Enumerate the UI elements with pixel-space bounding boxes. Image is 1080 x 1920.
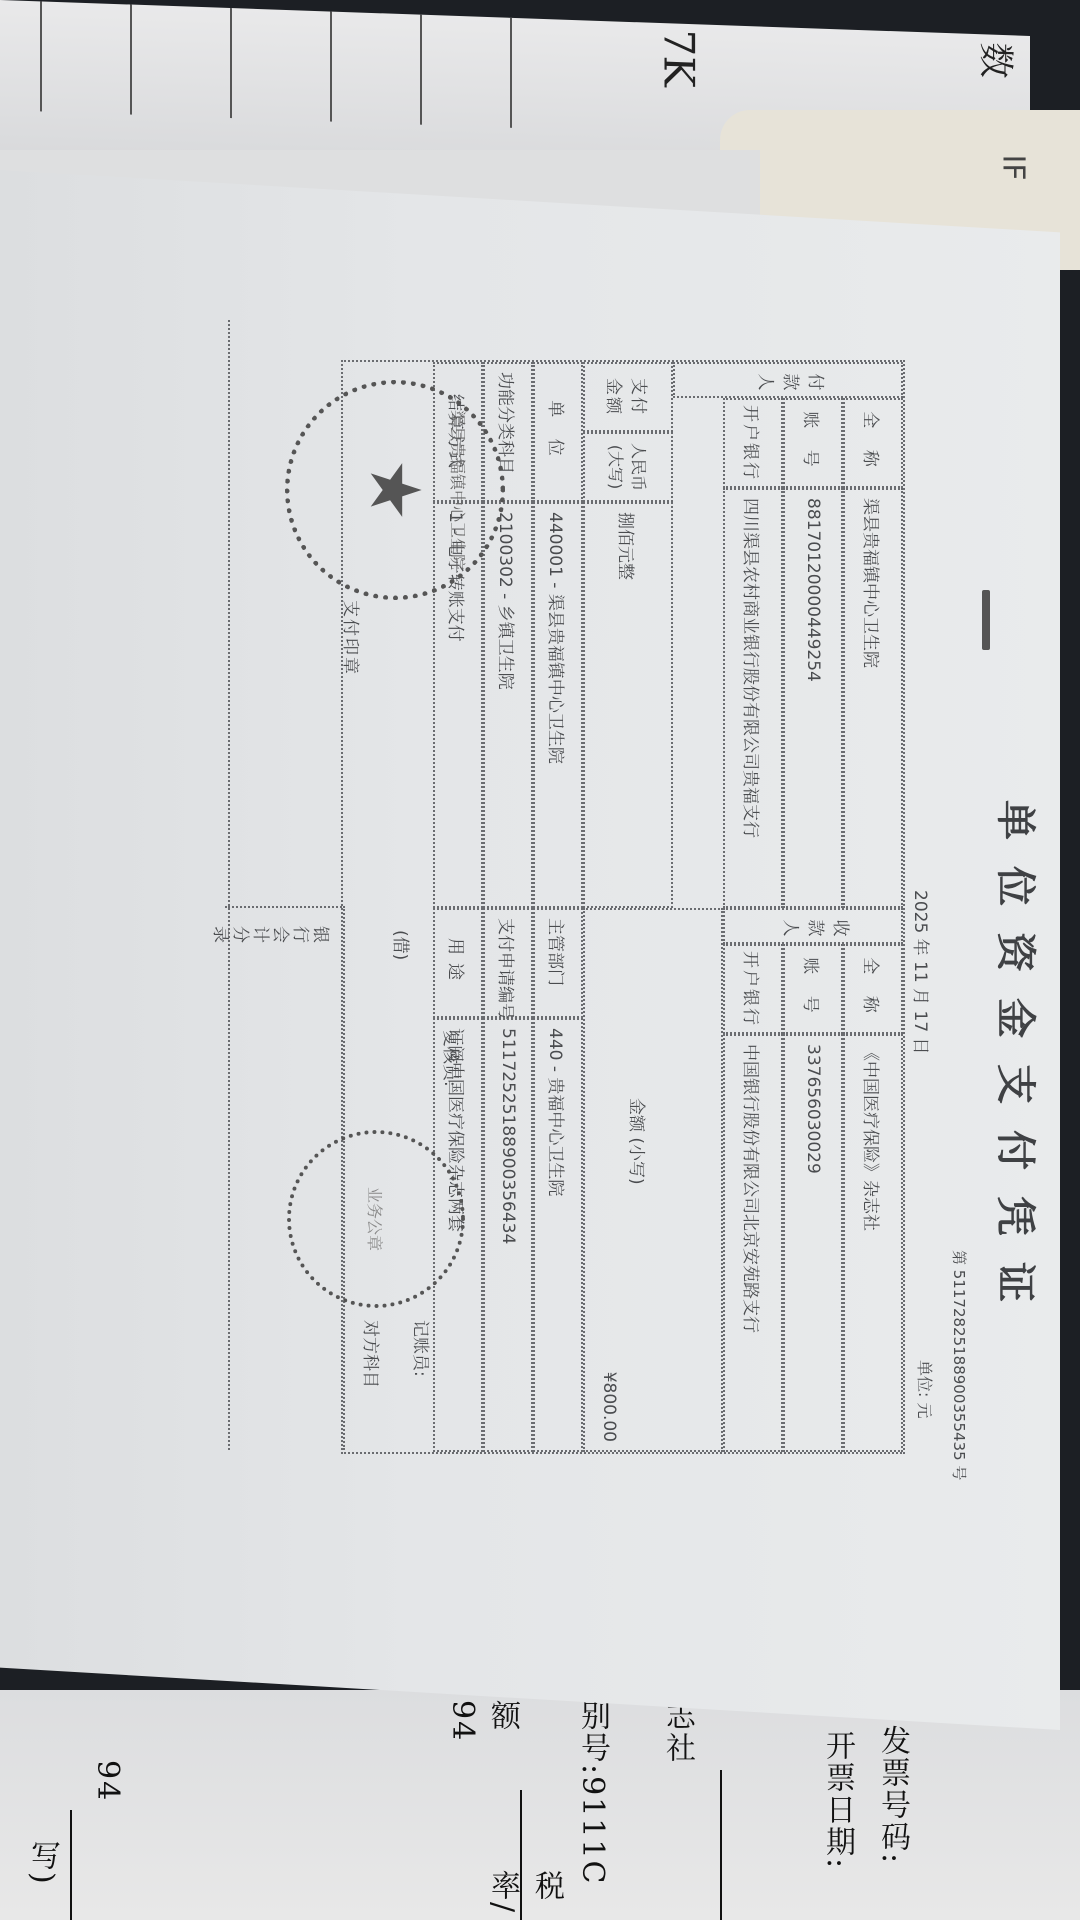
payer-name: 渠县贵福镇中心卫生院 bbox=[843, 488, 903, 908]
voucher-serial-number: 第 51172825188900355435 号 bbox=[949, 1250, 970, 1480]
payee-bank-label: 开户银行 bbox=[723, 944, 783, 1034]
divider bbox=[225, 906, 345, 908]
handwriting-fragment: 7K bbox=[655, 28, 704, 88]
star-icon: ★ bbox=[354, 459, 436, 522]
amount-small-cell: 金额 (小写) ¥800.00 bbox=[583, 908, 723, 1452]
payment-voucher-form: 单位资金支付凭证 第 51172825188900355435 号 2025 年… bbox=[205, 330, 1065, 1780]
stamp-text: 业务公章 bbox=[365, 1187, 388, 1251]
purpose-label: 用途 bbox=[433, 908, 483, 1018]
unit-value: 440001 - 渠县贵福镇中心卫生院 bbox=[533, 502, 583, 908]
divider bbox=[70, 1810, 72, 1920]
amount-small-label: 金额 (小写) bbox=[626, 1098, 651, 1185]
currency-unit: 单位: 元 bbox=[914, 1360, 937, 1418]
amount-in-words: 捌佰元整 bbox=[583, 502, 673, 908]
payee-name: 《中国医疗保险》杂志社 bbox=[843, 1034, 903, 1452]
amount-number: ¥800.00 bbox=[599, 1372, 619, 1442]
payee-section-label: 收款人 bbox=[723, 908, 903, 944]
dept-label: 主管部门 bbox=[533, 908, 583, 1018]
reviewer-label: 复核员: bbox=[440, 1030, 465, 1087]
currency-label: 人民币(大写) bbox=[583, 432, 673, 502]
payment-seal-label: 支付印章 bbox=[340, 600, 365, 676]
written-fragment: 写) bbox=[20, 1840, 64, 1886]
application-value: 51172525188900356434 bbox=[483, 1018, 533, 1452]
cut-line bbox=[228, 320, 230, 1450]
debit-label: (借) bbox=[383, 922, 423, 1042]
handwriting-fragment: 数 bbox=[973, 41, 1024, 79]
total-value: 94 bbox=[90, 1760, 125, 1802]
ruled-line bbox=[230, 8, 232, 118]
payee-account: 337656030029 bbox=[783, 1034, 843, 1452]
divider bbox=[720, 1770, 722, 1920]
counter-account-label: 对方科目 bbox=[360, 1320, 385, 1388]
payer-section-label: 付款人 bbox=[673, 362, 903, 398]
bank-stamp: 业务公章 bbox=[287, 1130, 465, 1308]
payer-account: 88170120000449254 bbox=[783, 488, 843, 908]
stamp-text: 渠县贵福镇中心卫生院 bbox=[447, 410, 470, 570]
bookkeeper-label: 记账员: bbox=[410, 1320, 435, 1377]
unit-label: 单 位 bbox=[533, 362, 583, 502]
payee-bank: 中国银行股份有限公司北京安苑路支行 bbox=[723, 1034, 783, 1452]
ruled-line bbox=[40, 1, 42, 111]
ruled-line bbox=[330, 12, 332, 122]
payer-bank-label: 开户银行 bbox=[723, 398, 783, 488]
application-label: 支付申请编号 bbox=[483, 908, 533, 1018]
paper-fragment-text: IF bbox=[996, 154, 1031, 180]
ruled-line bbox=[420, 15, 422, 125]
payee-name-label: 全 称 bbox=[843, 944, 903, 1034]
ruled-line bbox=[130, 5, 132, 115]
payee-account-label: 账 号 bbox=[783, 944, 843, 1034]
payer-account-label: 账 号 bbox=[783, 398, 843, 488]
tax-rate-label: 税率/ bbox=[480, 1870, 568, 1920]
amount-label: 支付金额 bbox=[583, 362, 673, 432]
ruled-line bbox=[510, 18, 512, 128]
dept-value: 440 - 贵福中心卫生院 bbox=[533, 1018, 583, 1452]
payer-name-label: 全 称 bbox=[843, 398, 903, 488]
function-value: 2100302 - 乡镇卫生院 bbox=[483, 502, 533, 908]
payer-bank: 四川渠县农村商业银行股份有限公司贵福支行 bbox=[723, 488, 783, 908]
voucher-title: 单位资金支付凭证 bbox=[990, 800, 1047, 1328]
payment-seal-stamp: ★ 渠县贵福镇中心卫生院 bbox=[285, 380, 505, 600]
voucher-date: 2025 年 11 月 17 日 bbox=[910, 890, 935, 1055]
